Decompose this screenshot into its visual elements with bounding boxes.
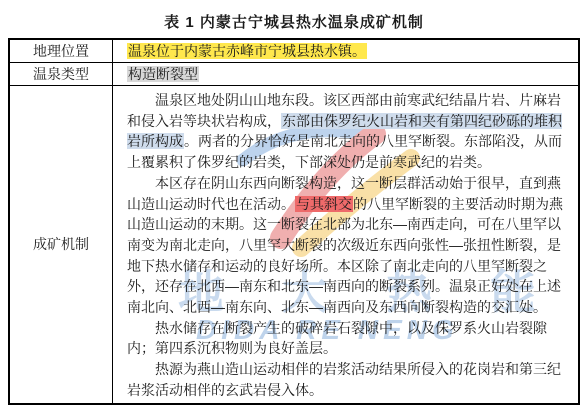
- mechanism-paragraphs: 温泉区地处阴山山地东段。该区西部由前寒武纪结晶片岩、片麻岩和侵入岩等块状岩构成，…: [127, 90, 572, 401]
- mechanism-paragraph: 热水储存在断裂产生的破碎岩石裂隙中，以及侏罗系火山岩裂隙内；第四系沉积物则为良好…: [127, 318, 572, 359]
- row-value-cell: 温泉位于内蒙古赤峰市宁城县热水镇。: [113, 39, 580, 63]
- paragraph-text: 热水储存在断裂产生的破碎岩石裂隙中，以及侏罗系火山岩裂隙内；第四系沉积物则为良好…: [127, 320, 547, 357]
- highlighted-spring-type-text: 构造断裂型: [127, 66, 199, 82]
- mineralization-table: 地理位置 温泉位于内蒙古赤峰市宁城县热水镇。 温泉类型 构造断裂型 成矿机制 温…: [8, 38, 580, 405]
- document-page: 地大热能 DIDA RE NENG 表 1 内蒙古宁城县热水温泉成矿机制 地理位…: [0, 0, 588, 411]
- row-label-location: 地理位置: [9, 39, 113, 63]
- mechanism-paragraph: 热源为燕山造山运动相伴的岩浆活动结果所侵入的花岗岩和第三纪岩浆活动相伴的玄武岩侵…: [127, 359, 572, 400]
- table-row-spring-type: 温泉类型 构造断裂型: [9, 63, 579, 86]
- mechanism-paragraph: 本区存在阴山东西向断裂构造，这一断层群活动始于很早，直到燕山造山运动时代也在活动…: [127, 173, 572, 318]
- mechanism-paragraph: 温泉区地处阴山山地东段。该区西部由前寒武纪结晶片岩、片麻岩和侵入岩等块状岩构成，…: [127, 90, 572, 173]
- table-title: 表 1 内蒙古宁城县热水温泉成矿机制: [0, 11, 588, 32]
- paragraph-text: 。两者的分界恰好是南北走向的八里罕断裂。东部陷没，从而上覆累积了侏罗纪的岩类，下…: [127, 133, 562, 170]
- paragraph-text: 的八里罕断裂的主要活动时期为燕山造山运动的末期。这一断裂在北部为北东—南西走向，…: [127, 196, 563, 316]
- highlighted-location-text: 温泉位于内蒙古赤峰市宁城县热水镇。: [127, 43, 367, 59]
- mechanism-content-cell: 温泉区地处阴山山地东段。该区西部由前寒武纪结晶片岩、片麻岩和侵入岩等块状岩构成，…: [113, 86, 580, 404]
- paragraph-text: 热源为燕山造山运动相伴的岩浆活动结果所侵入的花岗岩和第三纪岩浆活动相伴的玄武岩侵…: [127, 361, 561, 398]
- row-value-cell: 构造断裂型: [113, 63, 580, 86]
- table-row-mechanism: 成矿机制 温泉区地处阴山山地东段。该区西部由前寒武纪结晶片岩、片麻岩和侵入岩等块…: [9, 86, 579, 404]
- row-label-spring-type: 温泉类型: [9, 63, 113, 86]
- row-label-mechanism: 成矿机制: [9, 86, 113, 404]
- highlighted-text: 与其斜交: [295, 196, 353, 212]
- table-row-location: 地理位置 温泉位于内蒙古赤峰市宁城县热水镇。: [9, 39, 579, 63]
